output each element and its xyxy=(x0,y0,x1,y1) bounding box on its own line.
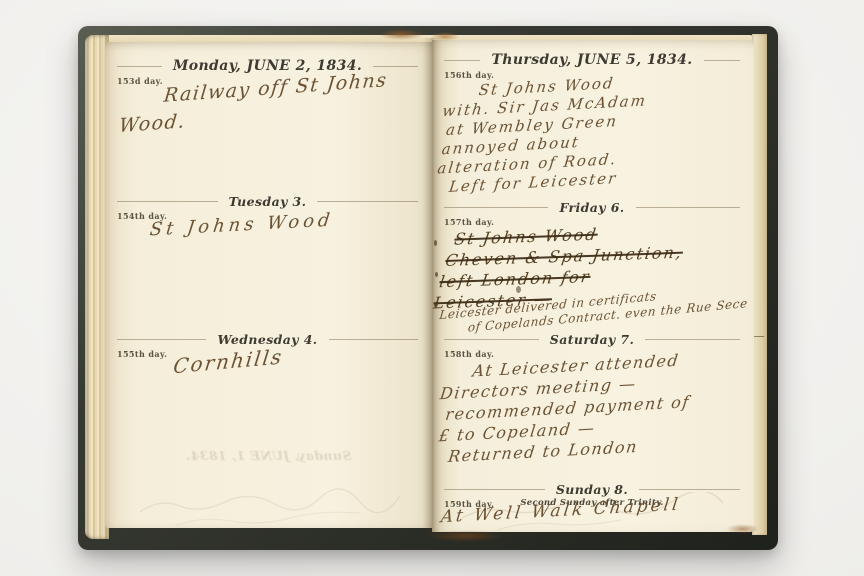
section-title-sunday: Sunday 8. xyxy=(554,482,630,497)
page-stack-right-edge xyxy=(752,34,767,535)
entry-thursday-june-5: Thursday, JUNE 5, 1834. 156th day. St Jo… xyxy=(444,52,740,197)
showthrough-printed-text: Sunday, JUNE 1, 1834. xyxy=(105,448,432,463)
entry-sunday-june-8: Sunday 8. Second Sunday after Trinity. 1… xyxy=(444,482,740,526)
foxing-speck xyxy=(434,302,438,307)
diary-book: Monday, JUNE 2, 1834. 153d day. Railway … xyxy=(78,26,778,550)
entry-wednesday-june-4: Wednesday 4. 155th day. Cornhills xyxy=(117,332,418,381)
showthrough-scribbles xyxy=(135,482,405,532)
entry-monday-june-2: Monday, JUNE 2, 1834. 153d day. Railway … xyxy=(117,58,418,136)
page-edge-mark xyxy=(754,336,764,337)
foxing-speck xyxy=(516,286,521,293)
section-title-monday: Monday, JUNE 2, 1834. xyxy=(171,58,364,74)
foxing-speck xyxy=(435,272,438,277)
left-page: Monday, JUNE 2, 1834. 153d day. Railway … xyxy=(105,42,432,528)
photo-backdrop: Monday, JUNE 2, 1834. 153d day. Railway … xyxy=(0,0,864,576)
handwritten-entry: St Johns Wood with. Sir Jas McAdam at We… xyxy=(430,68,740,198)
entry-tuesday-june-3: Tuesday 3. 154th day. St Johns Wood xyxy=(117,194,418,241)
entry-friday-june-6: Friday 6. 157th day. St Johns Wood Cheve… xyxy=(444,200,740,313)
section-title-saturday: Saturday 7. xyxy=(548,332,636,347)
entry-saturday-june-7: Saturday 7. 158th day. At Leicester atte… xyxy=(444,332,740,467)
right-page: Thursday, JUNE 5, 1834. 156th day. St Jo… xyxy=(432,40,754,532)
foxing-speck xyxy=(434,240,437,246)
section-title-friday: Friday 6. xyxy=(557,200,626,215)
section-title-tuesday: Tuesday 3. xyxy=(227,194,309,209)
handwritten-entry: At Leicester attended Directors meeting … xyxy=(431,347,740,468)
section-title-thursday: Thursday, JUNE 5, 1834. xyxy=(489,52,694,68)
